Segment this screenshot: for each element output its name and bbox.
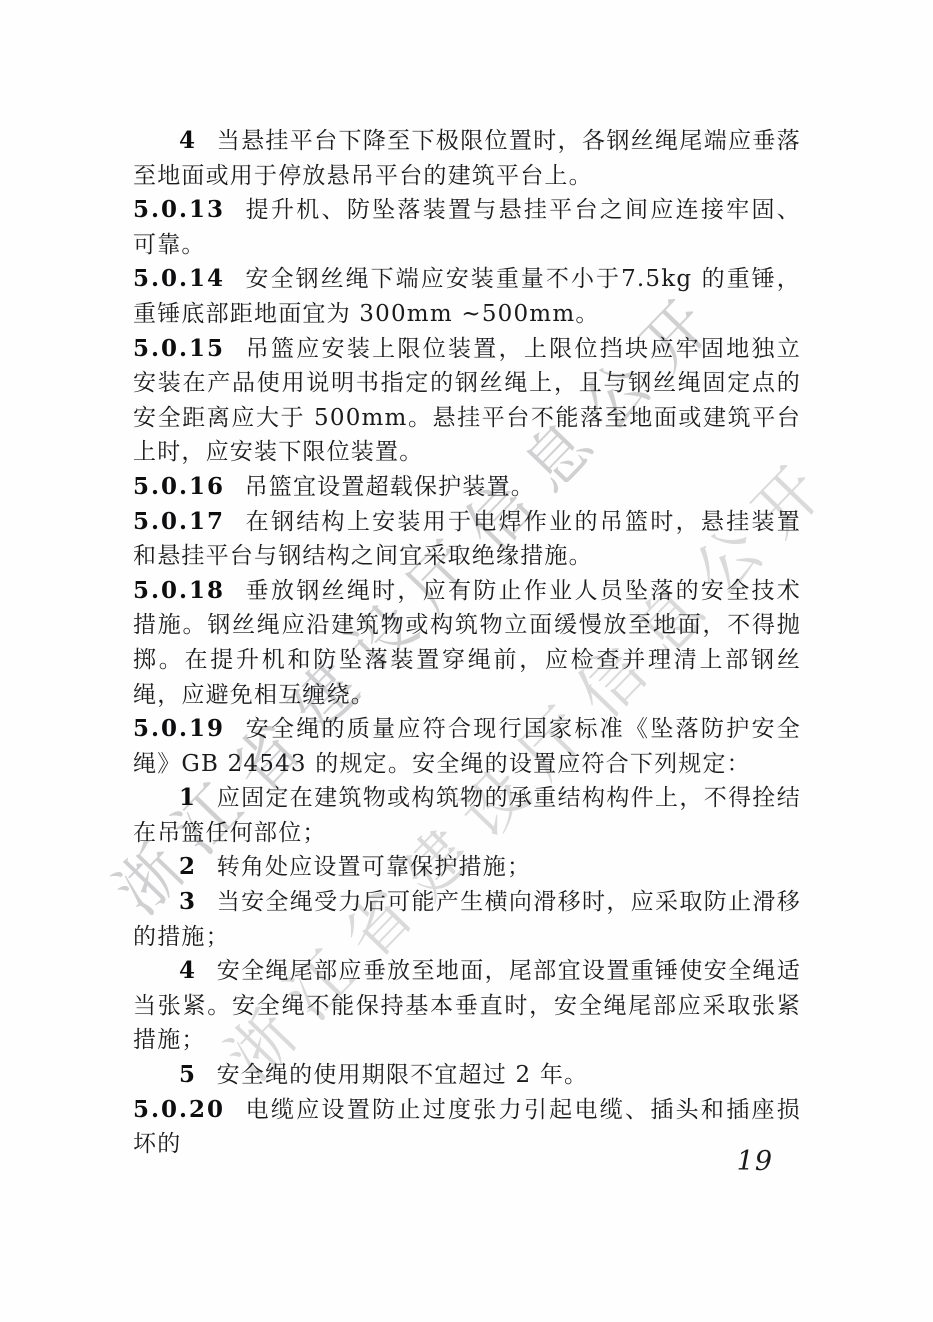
sub-item-text: 当悬挂平台下降至下极限位置时，各钢丝绳尾端应垂落至地面或用于停放悬吊平台的建筑平… [133, 128, 801, 189]
clause-paragraph: 5.0.13提升机、防坠落装置与悬挂平台之间应连接牢固、可靠。 [133, 193, 801, 262]
clause-text: 安全绳的质量应符合现行国家标准《坠落防护安全绳》GB 24543 的规定。安全绳… [133, 716, 801, 777]
clause-paragraph: 5.0.16吊篮宜设置超载保护装置。 [133, 470, 801, 505]
clause-paragraph: 5.0.20电缆应设置防止过度张力引起电缆、插头和插座损坏的 [133, 1093, 801, 1162]
clause-number: 5.0.17 [133, 508, 225, 535]
sub-item-number: 5 [179, 1061, 197, 1088]
sub-item-paragraph: 4安全绳尾部应垂放至地面，尾部宜设置重锤使安全绳适当张紧。安全绳不能保持基本垂直… [133, 954, 801, 1058]
clause-text: 安全钢丝绳下端应安装重量不小于7.5kg 的重锤，重锤底部距地面宜为 300mm… [133, 266, 801, 327]
document-body: 4当悬挂平台下降至下极限位置时，各钢丝绳尾端应垂落至地面或用于停放悬吊平台的建筑… [133, 124, 801, 1162]
sub-item-paragraph: 5安全绳的使用期限不宜超过 2 年。 [133, 1058, 801, 1093]
clause-number: 5.0.16 [133, 473, 225, 500]
clause-number: 5.0.15 [133, 335, 225, 362]
sub-item-number: 3 [179, 888, 197, 915]
sub-item-paragraph: 2转角处应设置可靠保护措施； [133, 850, 801, 885]
clause-number: 5.0.14 [133, 265, 225, 292]
document-page: 浙江省建设厅信息公开 浙江省建设厅信息公开 4当悬挂平台下降至下极限位置时，各钢… [0, 0, 933, 1322]
sub-item-number: 1 [179, 784, 197, 811]
sub-item-number: 4 [179, 957, 197, 984]
clause-number: 5.0.20 [133, 1096, 225, 1123]
sub-item-paragraph: 4当悬挂平台下降至下极限位置时，各钢丝绳尾端应垂落至地面或用于停放悬吊平台的建筑… [133, 124, 801, 193]
clause-text: 垂放钢丝绳时，应有防止作业人员坠落的安全技术措施。钢丝绳应沿建筑物或构筑物立面缓… [133, 578, 801, 708]
clause-text: 电缆应设置防止过度张力引起电缆、插头和插座损坏的 [133, 1097, 801, 1158]
sub-item-text: 应固定在建筑物或构筑物的承重结构构件上，不得拴结在吊篮任何部位； [133, 785, 801, 846]
clause-text: 在钢结构上安装用于电焊作业的吊篮时，悬挂装置和悬挂平台与钢结构之间宜采取绝缘措施… [133, 509, 801, 570]
sub-item-paragraph: 1应固定在建筑物或构筑物的承重结构构件上，不得拴结在吊篮任何部位； [133, 781, 801, 850]
clause-paragraph: 5.0.15吊篮应安装上限位装置，上限位挡块应牢固地独立安装在产品使用说明书指定… [133, 332, 801, 470]
sub-item-text: 转角处应设置可靠保护措施； [217, 854, 532, 880]
clause-number: 5.0.19 [133, 715, 225, 742]
clause-number: 5.0.13 [133, 196, 225, 223]
clause-paragraph: 5.0.14安全钢丝绳下端应安装重量不小于7.5kg 的重锤，重锤底部距地面宜为… [133, 262, 801, 331]
sub-item-text: 当安全绳受力后可能产生横向滑移时，应采取防止滑移的措施； [133, 889, 801, 950]
page-number: 19 [737, 1146, 773, 1177]
sub-item-paragraph: 3当安全绳受力后可能产生横向滑移时，应采取防止滑移的措施； [133, 885, 801, 954]
clause-paragraph: 5.0.18垂放钢丝绳时，应有防止作业人员坠落的安全技术措施。钢丝绳应沿建筑物或… [133, 574, 801, 712]
clause-paragraph: 5.0.19安全绳的质量应符合现行国家标准《坠落防护安全绳》GB 24543 的… [133, 712, 801, 781]
clause-number: 5.0.18 [133, 577, 225, 604]
clause-text: 提升机、防坠落装置与悬挂平台之间应连接牢固、可靠。 [133, 197, 801, 258]
sub-item-text: 安全绳尾部应垂放至地面，尾部宜设置重锤使安全绳适当张紧。安全绳不能保持基本垂直时… [133, 958, 801, 1053]
clause-text: 吊篮宜设置超载保护装置。 [245, 474, 535, 500]
clause-paragraph: 5.0.17在钢结构上安装用于电焊作业的吊篮时，悬挂装置和悬挂平台与钢结构之间宜… [133, 505, 801, 574]
sub-item-number: 4 [179, 127, 197, 154]
sub-item-text: 安全绳的使用期限不宜超过 2 年。 [217, 1062, 589, 1088]
clause-text: 吊篮应安装上限位装置，上限位挡块应牢固地独立安装在产品使用说明书指定的钢丝绳上，… [133, 336, 801, 466]
sub-item-number: 2 [179, 853, 197, 880]
